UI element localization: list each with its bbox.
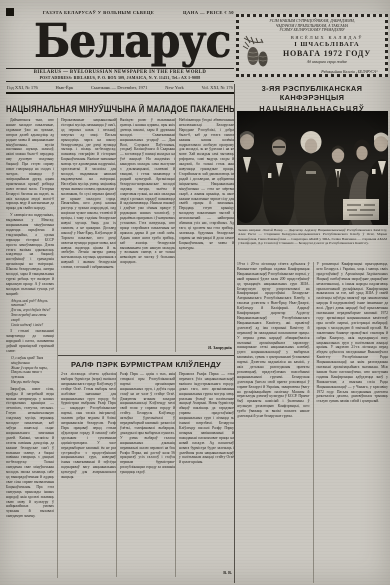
national-article-headline: НАЦЫЯНАЛЬНАЯ МІНУЎШЧЫНА Й МАЛАДОЕ ПАКАЛЕ… [6, 104, 198, 114]
national-column-2: Пераказваньне нацыянальнай гісторыі мусі… [58, 118, 116, 352]
section-divider-rule [234, 84, 235, 583]
greeting-middle: ВЯСЁЛЫХ КАЛЯДАЎ І ШЧАСЬЛІВАГА НОВАГА 197… [242, 34, 382, 70]
greeting-line: ЎСЯМУ БЕЛАРУСКАМУ ГРАМАДЗТВУ [242, 28, 382, 33]
masthead: ГАЗЭТА БЕЛАРУСАЎ У ВОЛЬНЫМ СЬВЕЦЕ ЦАНА —… [6, 8, 234, 95]
author-signature: Я. Запруднік [179, 344, 234, 352]
issue-number-by: Год XXI, № 176 [7, 85, 38, 90]
dateline: Год XXI, № 176 Нью-Ёрк Сьнежань — Decemb… [6, 83, 234, 91]
masthead-rule [6, 81, 234, 82]
left-section: НАЦЫЯНАЛЬНАЯ МІНУЎШЧЫНА Й МАЛАДОЕ ПАКАЛЕ… [6, 104, 234, 583]
conference-headline: 3-ЯЯ РЭСПУБЛІКАНСКАЯ КАНФЭРЭНЦЫЯ НАЦЫЯНА… [236, 84, 388, 113]
conference-article: 19-га і 20-га лістапада сёлета адбылася … [237, 262, 388, 583]
column-text: Набліжаюцца ўгодкі абвешчаньня незалежна… [179, 118, 234, 344]
city-en: New York [165, 85, 184, 90]
perk-article-columns: 2-га лістапада сёлета адбыліся выбары бу… [58, 372, 234, 577]
masthead-thick-rule [6, 92, 234, 94]
photo-caption: Зьлева направа: Лінлэй Вачар — Дырэктар … [238, 228, 387, 259]
national-article-columns: Пераказваньне нацыянальнай гісторыі мусі… [58, 118, 234, 352]
masthead-subtitle-en: BIELARUS — BYELORUSSIAN NEWSPAPER IN THE… [6, 70, 234, 75]
masthead-address: POST ADDRESS: BIELARUS, P. O. BOX 309, J… [6, 76, 234, 80]
national-column-3: Вялікую ролю ў выхаваньні граюць і нашыя… [116, 118, 175, 352]
conference-column-2: У рэзалюцыі Канфэрэнцыі прыгадваецца, шт… [314, 262, 389, 583]
greeting-signature: Рэдакцыйная Калегія „БЕЛАРУСА“ [242, 70, 382, 74]
masthead-square-ornament [6, 8, 14, 16]
city-by: Нью-Ёрк [56, 85, 74, 90]
verse-quote: Адкуль мой род? Адкуль пачатак? Дзе вы, … [6, 299, 54, 328]
happy-line: І ШЧАСЬЛІВАГА [272, 41, 382, 48]
paragraph: У савецкіх-жа падручніках, выдаваных у М… [6, 213, 54, 296]
author-signature: В. В. [179, 569, 234, 577]
perk-column-1: 2-га лістапада сёлета адбыліся выбары бу… [58, 372, 116, 577]
column-text: Перамога Ралфа Пэрка — гэта перамога ўсі… [179, 372, 234, 569]
perk-column-2: Ралф Пэрк — адзін з тых, якія стварылі п… [116, 372, 175, 577]
conference-headline-line1: 3-ЯЯ РЭСПУБЛІКАНСКАЯ КАНФЭРЭНЦЫЯ [236, 84, 388, 102]
paragraph: Даймаючыся тым, што нашае маладое пакале… [6, 118, 54, 211]
perk-article-headline: РАЛФ ПЭРК БУРМІСТРАМ КЛІЎЛЕНДУ [58, 355, 234, 372]
issue-number-en: Vol. XXI, № 176 [201, 85, 232, 90]
issue-date: Сьнежань — December, 1971 [91, 85, 148, 90]
greeting-wishes: ВЯСЁЛЫХ КАЛЯДАЎ І ШЧАСЬЛІВАГА НОВАГА 197… [272, 34, 382, 70]
newspaper-front-page: ГАЗЭТА БЕЛАРУСАЎ У ВОЛЬНЫМ СЬВЕЦЕ ЦАНА —… [0, 0, 390, 585]
national-column-1: Даймаючыся тым, што нашае маладое пакале… [6, 118, 58, 578]
conference-group-photo [237, 111, 388, 225]
new-year-1972-line: НОВАГА 1972 ГОДУ [272, 49, 382, 58]
paragraph: З гэтымі пытаньнямі зьвяртаецца да памяц… [6, 329, 54, 354]
verse-quote: О, слаўны край! Твая мінуўшчына Жыве ў с… [6, 356, 54, 385]
merry-christmas-line: ВЯСЁЛЫХ КАЛЯДАЎ [272, 35, 382, 40]
national-column-4: Набліжаюцца ўгодкі абвешчаньня незалежна… [175, 118, 234, 352]
perk-column-3: Перамога Ралфа Пэрка — гэта перамога ўсі… [175, 372, 234, 577]
conference-column-1: 19-га і 20-га лістапада сёлета адбылася … [237, 262, 314, 583]
newspaper-title: Беларус [34, 17, 214, 67]
paragraph: Запраўды, шмат сілы, праўды й патрэбнай … [6, 387, 54, 519]
pine-branch-icon [242, 34, 272, 70]
new-year-greeting-box: УСІМ НАШЫМ СУПРАЦОЎНІКАМ, ДАБРАДЗЕЯМ, ЧЫ… [236, 14, 388, 77]
wish-line: Ад шчырага сэрца жадае [272, 60, 382, 64]
